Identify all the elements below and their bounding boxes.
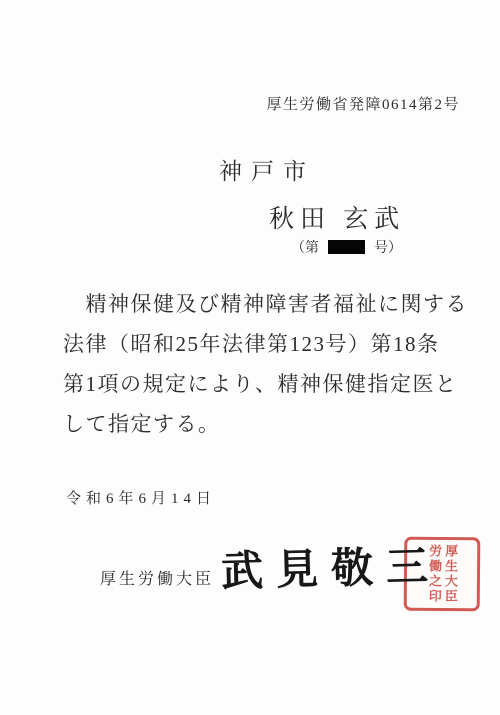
document-number: 厚生労働省発障0614第2号 [266, 93, 460, 114]
addressee-name: 秋田 玄武 [269, 199, 405, 235]
registration-suffix: 号） [374, 237, 402, 257]
body-line: 第1項の規定により、精神保健指定医と [63, 364, 448, 404]
body-line: して指定する。 [63, 404, 448, 444]
registration-prefix: （第 [291, 237, 319, 257]
minister-signature: 武見敬三 [220, 533, 442, 599]
addressee-city: 神戸市 [219, 153, 315, 186]
certificate-document: 厚生労働省発障0614第2号 神戸市 秋田 玄武 （第 号） 精神保健及び精神障… [0, 0, 500, 715]
minister-title: 厚生労働大臣 [100, 566, 214, 589]
body-line: 精神保健及び精神障害者福祉に関する [63, 284, 448, 324]
body-line: 法律（昭和25年法律第123号）第18条 [63, 324, 448, 364]
issue-date: 令和6年6月14日 [66, 487, 216, 508]
registration-number-line: （第 号） [291, 237, 402, 257]
redacted-registration-number [328, 240, 365, 254]
certificate-body: 精神保健及び精神障害者福祉に関する 法律（昭和25年法律第123号）第18条 第… [63, 284, 448, 444]
